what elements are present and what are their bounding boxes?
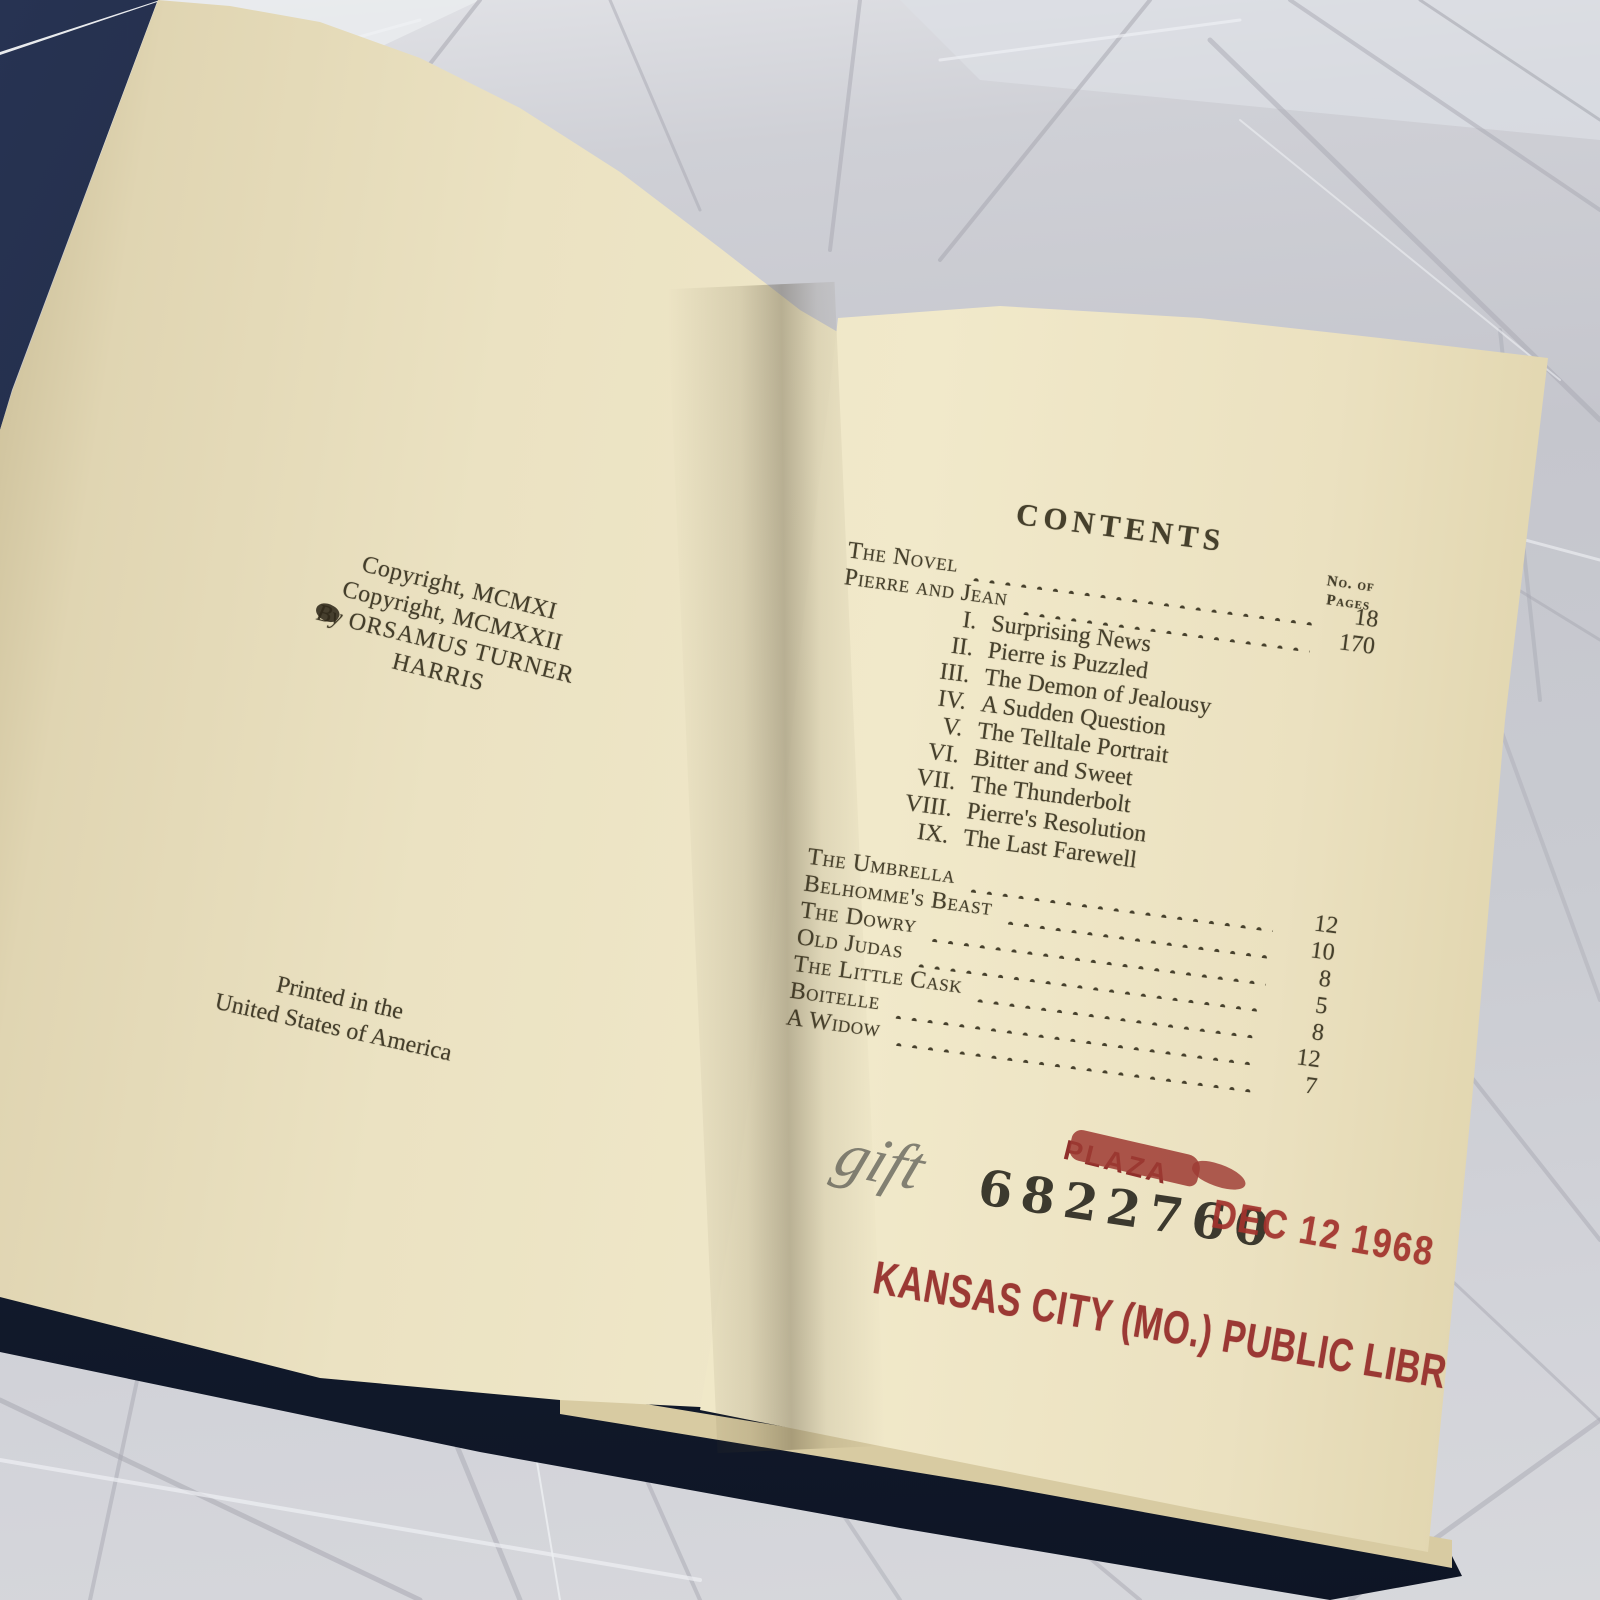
library-name-stamp: KANSAS CITY (MO.) PUBLIC LIBRARY — [869, 1252, 1523, 1412]
copyright-block: Copyright, MCMXI Copyright, MCMXXII By O… — [264, 532, 634, 730]
toc-rows: The Novel 18 Pierre and Jean 170 I. Surp… — [785, 537, 1380, 1101]
date-stamp: DEC 12 1968 — [1208, 1192, 1438, 1276]
pages-column-header: No. of Pages — [1323, 572, 1376, 615]
photo-open-book: { "book": { "left_page": { "copyright_li… — [0, 0, 1600, 1600]
printed-in-block: Printed in the United States of America — [169, 948, 504, 1078]
handwritten-gift-note: gift — [825, 1118, 936, 1204]
table-of-contents: CONTENTS No. of Pages The Novel 18 Pierr… — [785, 474, 1389, 1101]
